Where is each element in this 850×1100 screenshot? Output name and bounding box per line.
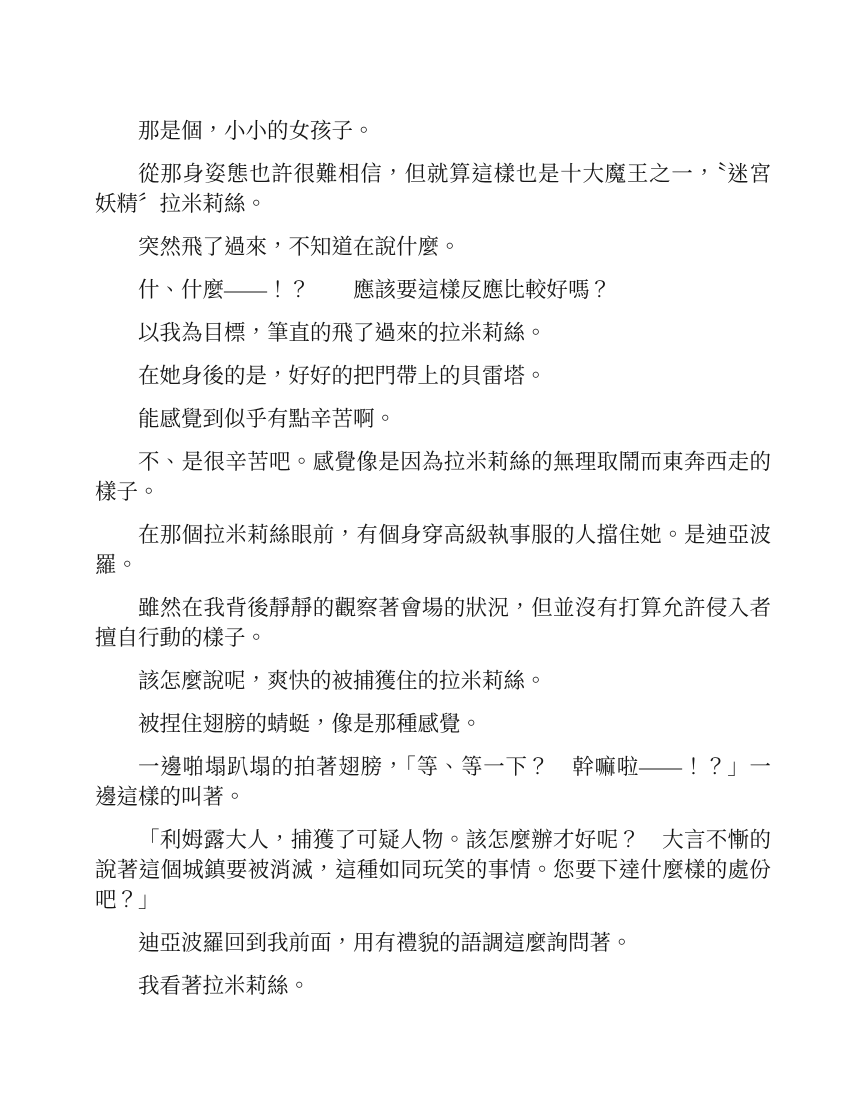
paragraph: 突然飛了過來，不知道在說什麼。 xyxy=(95,232,771,262)
novel-text-content: 那是個，小小的女孩子。從那身姿態也許很難相信，但就算這樣也是十大魔王之一，〝迷宮… xyxy=(95,116,771,1001)
paragraph: 不、是很辛苦吧。感覺像是因為拉米莉絲的無理取鬧而東奔西走的樣子。 xyxy=(95,447,771,507)
paragraph: 那是個，小小的女孩子。 xyxy=(95,116,771,146)
paragraph: 能感覺到似乎有點辛苦啊。 xyxy=(95,404,771,434)
paragraph: 迪亞波羅回到我前面，用有禮貌的語調這麼詢問著。 xyxy=(95,928,771,958)
paragraph: 在她身後的是，好好的把門帶上的貝雷塔。 xyxy=(95,361,771,391)
paragraph: 以我為目標，筆直的飛了過來的拉米莉絲。 xyxy=(95,318,771,348)
paragraph: 一邊啪塌趴塌的拍著翅膀，「等、等一下？ 幹嘛啦——！？」一邊這樣的叫著。 xyxy=(95,752,771,812)
paragraph: 我看著拉米莉絲。 xyxy=(95,971,771,1001)
paragraph: 被捏住翅膀的蜻蜓，像是那種感覺。 xyxy=(95,709,771,739)
paragraph: 雖然在我背後靜靜的觀察著會場的狀況，但並沒有打算允許侵入者擅自行動的樣子。 xyxy=(95,593,771,653)
paragraph: 「利姆露大人，捕獲了可疑人物。該怎麼辦才好呢？ 大言不慚的說著這個城鎮要被消滅，… xyxy=(95,825,771,915)
document-page: 那是個，小小的女孩子。從那身姿態也許很難相信，但就算這樣也是十大魔王之一，〝迷宮… xyxy=(0,0,850,1100)
paragraph: 什、什麼——！？ 應該要這樣反應比較好嗎？ xyxy=(95,275,771,305)
paragraph: 該怎麼說呢，爽快的被捕獲住的拉米莉絲。 xyxy=(95,666,771,696)
paragraph: 從那身姿態也許很難相信，但就算這樣也是十大魔王之一，〝迷宮妖精〞拉米莉絲。 xyxy=(95,159,771,219)
paragraph: 在那個拉米莉絲眼前，有個身穿高級執事服的人擋住她。是迪亞波羅。 xyxy=(95,520,771,580)
